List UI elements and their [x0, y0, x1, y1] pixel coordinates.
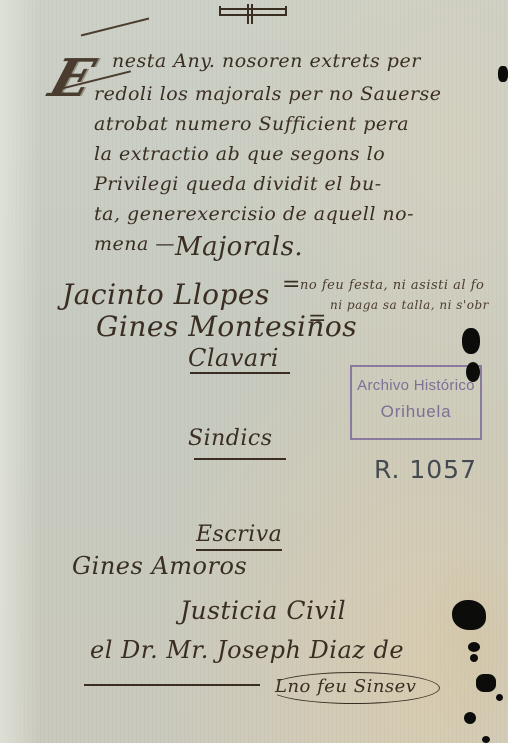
heading-clavari: Clavari [188, 344, 279, 372]
heading-justicia-civil: Justicia Civil [180, 596, 346, 625]
paragraph-line: atrobat numero Sufficient pera [94, 113, 409, 135]
heading-escriva: Escriva [196, 522, 282, 547]
escriva-name: Gines Amoros [72, 552, 247, 580]
heading-underline [194, 458, 286, 460]
manuscript-page: E nesta Any. nosoren extrets per redoli … [0, 0, 508, 743]
catalog-reference: R. 1057 [374, 455, 477, 484]
entry-note: ni paga sa talla, ni s'obr [330, 298, 489, 312]
entry-name: Jacinto Llopes [62, 278, 270, 311]
heading-underline [196, 549, 282, 551]
justicia-name: el Dr. Mr. Joseph Diaz de [90, 636, 404, 664]
stamp-line-1: Archivo Histórico [352, 377, 480, 394]
paragraph-line: nesta Any. nosoren extrets per [112, 50, 421, 72]
paragraph-line: mena — [94, 233, 175, 255]
ink-blot [496, 694, 503, 701]
archive-stamp: Archivo Histórico Orihuela [350, 365, 482, 440]
ink-blot [476, 674, 496, 692]
ink-blot [470, 654, 478, 662]
heading-sindics: Sindics [188, 426, 273, 451]
ink-blot [466, 362, 480, 382]
ink-blot [482, 736, 490, 743]
paragraph-line: la extractio ab que segons lo [94, 143, 385, 165]
heading-majorals: Majorals. [175, 232, 303, 262]
paragraph-line: ta, generexercisio de aquell no- [94, 203, 414, 225]
stamp-line-2: Orihuela [352, 402, 480, 422]
entry-note: no feu festa, ni asisti al fo [300, 278, 484, 293]
cross-mark-icon [219, 4, 287, 24]
heading-underline [190, 372, 290, 374]
initial-flourish [81, 18, 149, 37]
ink-blot [452, 600, 486, 630]
ink-blot [464, 712, 476, 724]
justicia-underline [84, 684, 260, 686]
entry-dash: = [282, 272, 301, 297]
paper-stain [420, 540, 508, 743]
entry-dash: = [308, 306, 327, 331]
justicia-note: Lno feu Sinsev [275, 676, 416, 697]
ink-blot [468, 642, 480, 652]
paragraph-line: Privilegi queda dividit el bu- [94, 173, 382, 195]
decorated-initial: E [42, 48, 101, 109]
ink-blot [498, 66, 508, 82]
ink-blot [462, 328, 480, 354]
paragraph-line: redoli los majorals per no Sauerse [94, 83, 442, 105]
